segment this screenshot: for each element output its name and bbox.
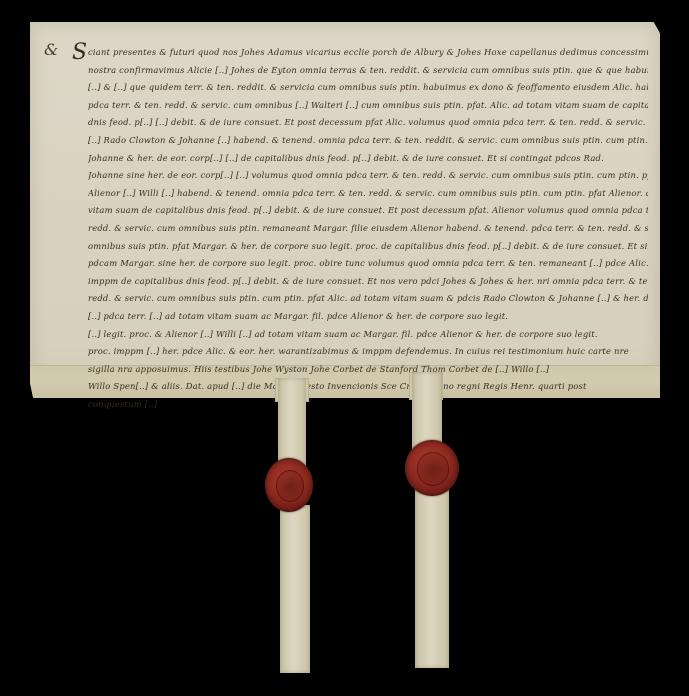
- text-line: [..] legit. proc. & Alienor [..] Willi […: [88, 326, 648, 344]
- text-line: Willo Spen[..] & aliis. Dat. apud [..] d…: [88, 378, 648, 396]
- text-line: [..] Rado Clowton & Johanne [..] habend.…: [88, 132, 648, 150]
- seal-emblem-icon: [417, 452, 449, 485]
- right-seal-tag-lower: [415, 490, 449, 668]
- text-line: pdcam Margar. sine her. de corpore suo l…: [88, 255, 648, 273]
- text-line: ciant presentes & futuri quod nos Johes …: [88, 44, 648, 62]
- text-line: redd. & servic. cum omnibus suis ptin. r…: [88, 220, 648, 238]
- right-seal-tag-upper: [412, 372, 442, 450]
- text-line: Alienor [..] Willi [..] habend. & tenend…: [88, 185, 648, 203]
- margin-mark: &: [44, 40, 58, 59]
- right-wax-seal: [405, 440, 459, 496]
- seal-emblem-icon: [276, 470, 305, 502]
- text-line: Johanne & her. de eor. corp[..] [..] de …: [88, 150, 648, 168]
- text-line: nostra confirmavimus Alicie [..] Johes d…: [88, 62, 648, 80]
- left-seal-tag-upper: [278, 378, 306, 468]
- left-seal-tag-lower: [280, 505, 310, 673]
- decorated-initial: S: [72, 40, 87, 65]
- text-line: redd. & servic. cum omnibus suis ptin. c…: [88, 290, 648, 308]
- text-line: [..] pdca terr. [..] ad totam vitam suam…: [88, 308, 648, 326]
- text-line: proc. imppm [..] her. pdce Alic. & eor. …: [88, 343, 648, 361]
- text-line: imppm de capitalibus dnis feod. p[..] de…: [88, 273, 648, 291]
- text-line: dnis feod. p[..] [..] debit. & de iure c…: [88, 114, 648, 132]
- left-wax-seal: [265, 458, 313, 512]
- text-line: vitam suam de capitalibus dnis feod. p[.…: [88, 202, 648, 220]
- text-line: sigilla nra apposuimus. Hiis testibus Jo…: [88, 361, 648, 379]
- text-line: omnibus suis ptin. pfat Margar. & her. d…: [88, 238, 648, 256]
- charter-text: ciant presentes & futuri quod nos Johes …: [88, 44, 648, 413]
- text-line: Johanne sine her. de eor. corp[..] [..] …: [88, 167, 648, 185]
- text-line: [..] & [..] que quidem terr. & ten. redd…: [88, 79, 648, 97]
- text-line: conquestum [..]: [88, 396, 648, 414]
- text-line: pdca terr. & ten. redd. & servic. cum om…: [88, 97, 648, 115]
